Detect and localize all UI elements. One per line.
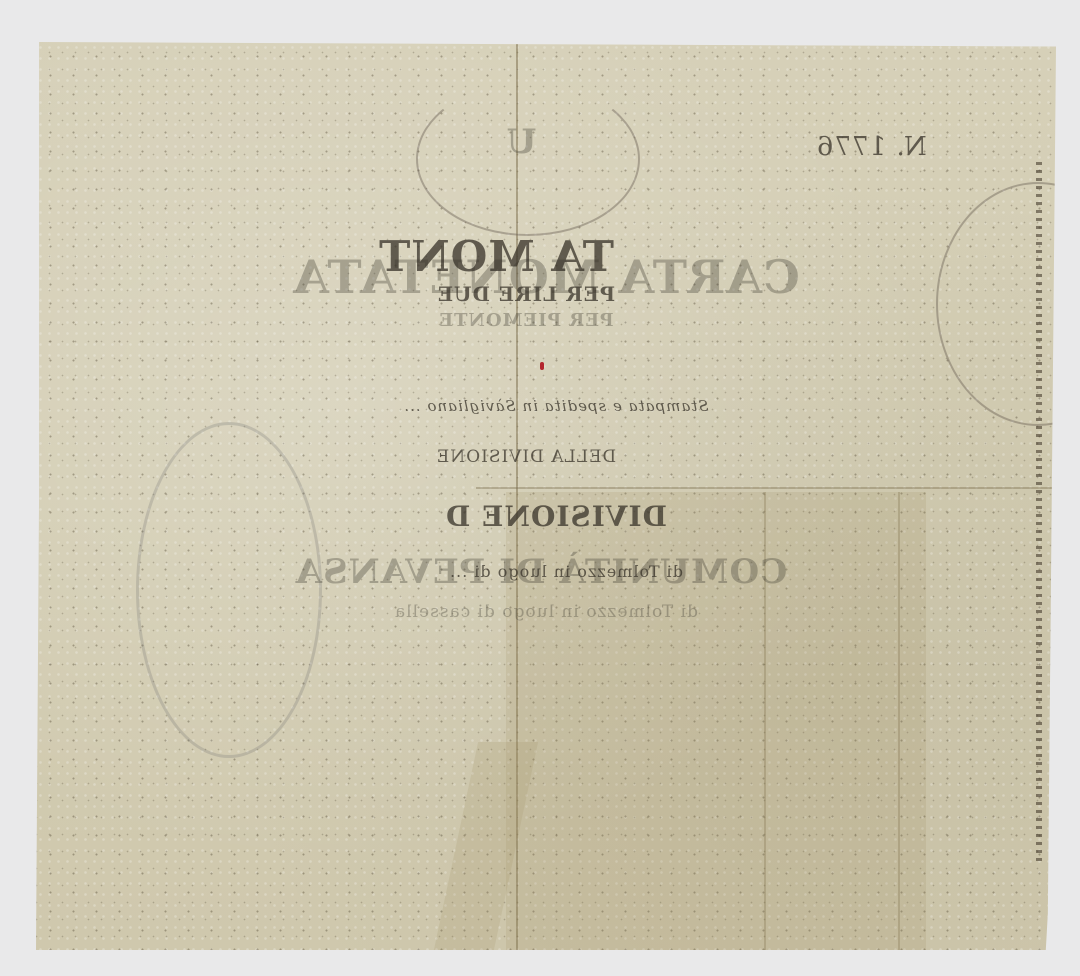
fold-line-horizontal <box>476 487 1056 489</box>
title-line-3: PER PIEMONTE <box>386 310 666 331</box>
body-line-4-small: di Tolmezzo in luogo di ... <box>416 562 716 581</box>
body-line-2: DELLA DIVISIONE <box>416 447 636 467</box>
perforated-edge <box>1036 162 1042 862</box>
body-line-5: di Tolmezzo in luogo di cassella <box>346 602 746 622</box>
red-mark <box>540 362 544 370</box>
title-line-2: PER LIRE DUE <box>386 282 666 306</box>
title-bold-part: TA MONT <box>346 232 646 281</box>
body-line-3: DIVISIONE D <box>426 500 686 533</box>
body-line-1: Stampata e spedita in Sàvigliano ... <box>306 397 806 415</box>
serial-number: N. 1776 <box>816 132 927 162</box>
header-stamp-letter: U <box>506 122 537 162</box>
banknote-paper: U N. 1776 CARTA MONETATA TA MONT PER LIR… <box>36 42 1056 950</box>
